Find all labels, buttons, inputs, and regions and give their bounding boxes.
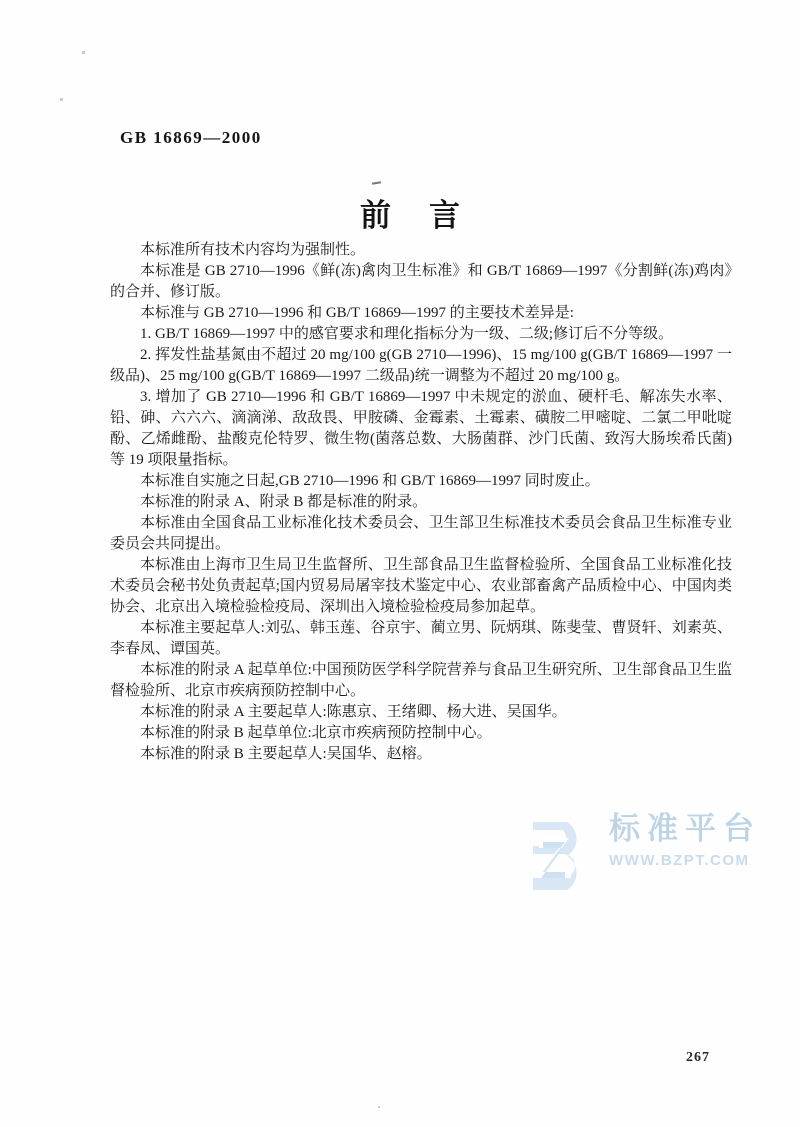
foreword-paragraph: 2. 挥发性盐基氮由不超过 20 mg/100 g(GB 2710—1996)、… (110, 345, 732, 387)
scan-speck (378, 1106, 380, 1108)
foreword-paragraph: 1. GB/T 16869—1997 中的感官要求和理化指标分为一级、二级;修订… (110, 324, 732, 345)
title-char-qian: 前 (360, 190, 391, 235)
title-char-yan: 言 (429, 190, 460, 235)
watermark-brand-name: 标准平台 (609, 812, 761, 846)
foreword-paragraph: 本标准是 GB 2710—1996《鲜(冻)禽肉卫生标准》和 GB/T 1686… (110, 261, 732, 303)
standard-number: GB 16869—2000 (120, 128, 262, 148)
page-title: 前言 (0, 190, 800, 235)
page-number: 267 (686, 1050, 710, 1066)
foreword-paragraph: 本标准的附录 B 起草单位:北京市疾病预防控制中心。 (110, 723, 732, 744)
scan-speck (82, 51, 85, 54)
bzpt-logo-icon (525, 820, 599, 896)
foreword-paragraph: 本标准所有技术内容均为强制性。 (110, 240, 732, 261)
watermark-website: WWW.BZPT.COM (609, 852, 761, 869)
foreword-paragraph: 本标准由上海市卫生局卫生监督所、卫生部食品卫生监督检验所、全国食品工业标准化技术… (110, 555, 732, 618)
foreword-paragraph: 本标准的附录 A 起草单位:中国预防医学科学院营养与食品卫生研究所、卫生部食品卫… (110, 660, 732, 702)
watermark: 标准平台 WWW.BZPT.COM (525, 812, 761, 896)
document-page: GB 16869—2000 前言 本标准所有技术内容均为强制性。 本标准是 GB… (0, 0, 800, 1127)
foreword-body: 本标准所有技术内容均为强制性。 本标准是 GB 2710—1996《鲜(冻)禽肉… (110, 240, 732, 765)
foreword-paragraph: 3. 增加了 GB 2710—1996 和 GB/T 16869—1997 中未… (110, 387, 732, 471)
foreword-paragraph: 本标准的附录 A 主要起草人:陈惠京、王绪卿、杨大进、吴国华。 (110, 702, 732, 723)
foreword-paragraph: 本标准的附录 B 主要起草人:吴国华、赵榕。 (110, 744, 732, 765)
scan-artifact-dash (372, 181, 381, 185)
foreword-paragraph: 本标准与 GB 2710—1996 和 GB/T 16869—1997 的主要技… (110, 303, 732, 324)
watermark-text: 标准平台 WWW.BZPT.COM (609, 812, 761, 869)
foreword-paragraph: 本标准主要起草人:刘弘、韩玉莲、谷京宇、蔺立男、阮炳琪、陈斐莹、曹贤轩、刘素英、… (110, 618, 732, 660)
foreword-paragraph: 本标准的附录 A、附录 B 都是标准的附录。 (110, 492, 732, 513)
foreword-paragraph: 本标准由全国食品工业标准化技术委员会、卫生部卫生标准技术委员会食品卫生标准专业委… (110, 513, 732, 555)
scan-speck (60, 98, 63, 101)
foreword-paragraph: 本标准自实施之日起,GB 2710—1996 和 GB/T 16869—1997… (110, 471, 732, 492)
